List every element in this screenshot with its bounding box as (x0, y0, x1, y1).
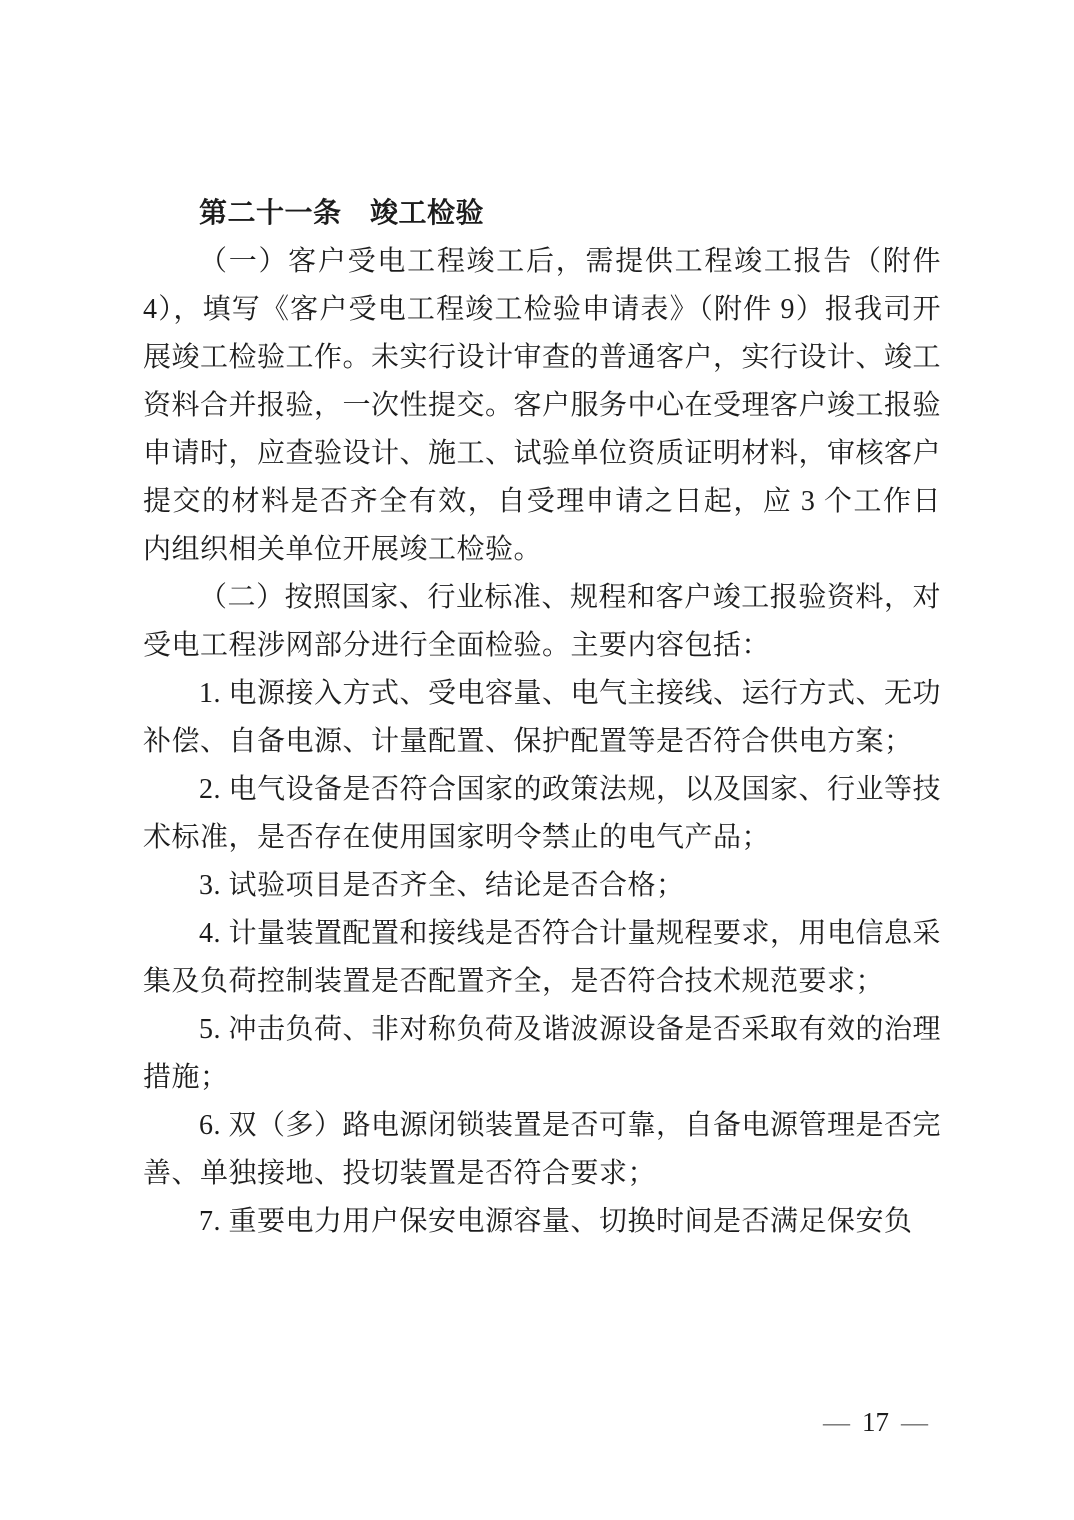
paragraph-item-3: 3. 试验项目是否齐全、结论是否合格； (143, 862, 941, 910)
paragraph-item-7: 7. 重要电力用户保安电源容量、切换时间是否满足保安负 (143, 1198, 941, 1246)
paragraph-1: （一）客户受电工程竣工后，需提供工程竣工报告（附件 4），填写《客户受电工程竣工… (143, 238, 941, 574)
page-footer: —17— (811, 1402, 940, 1442)
paragraph-2: （二）按照国家、行业标准、规程和客户竣工报验资料，对受电工程涉网部分进行全面检验… (143, 574, 941, 670)
page-number: 17 (862, 1407, 889, 1437)
article-heading: 第二十一条 竣工检验 (143, 190, 941, 238)
paragraph-item-5: 5. 冲击负荷、非对称负荷及谐波源设备是否采取有效的治理措施； (143, 1006, 941, 1102)
document-body: 第二十一条 竣工检验 （一）客户受电工程竣工后，需提供工程竣工报告（附件 4），… (143, 190, 941, 1246)
paragraph-item-2: 2. 电气设备是否符合国家的政策法规，以及国家、行业等技术标准，是否存在使用国家… (143, 766, 941, 862)
paragraph-item-1: 1. 电源接入方式、受电容量、电气主接线、运行方式、无功补偿、自备电源、计量配置… (143, 670, 941, 766)
paragraph-item-6: 6. 双（多）路电源闭锁装置是否可靠，自备电源管理是否完善、单独接地、投切装置是… (143, 1102, 941, 1198)
document-page: 第二十一条 竣工检验 （一）客户受电工程竣工后，需提供工程竣工报告（附件 4），… (0, 0, 1074, 1520)
footer-right-dash: — (901, 1407, 928, 1437)
paragraph-item-4: 4. 计量装置配置和接线是否符合计量规程要求，用电信息采集及负荷控制装置是否配置… (143, 910, 941, 1006)
footer-left-dash: — (823, 1407, 850, 1437)
